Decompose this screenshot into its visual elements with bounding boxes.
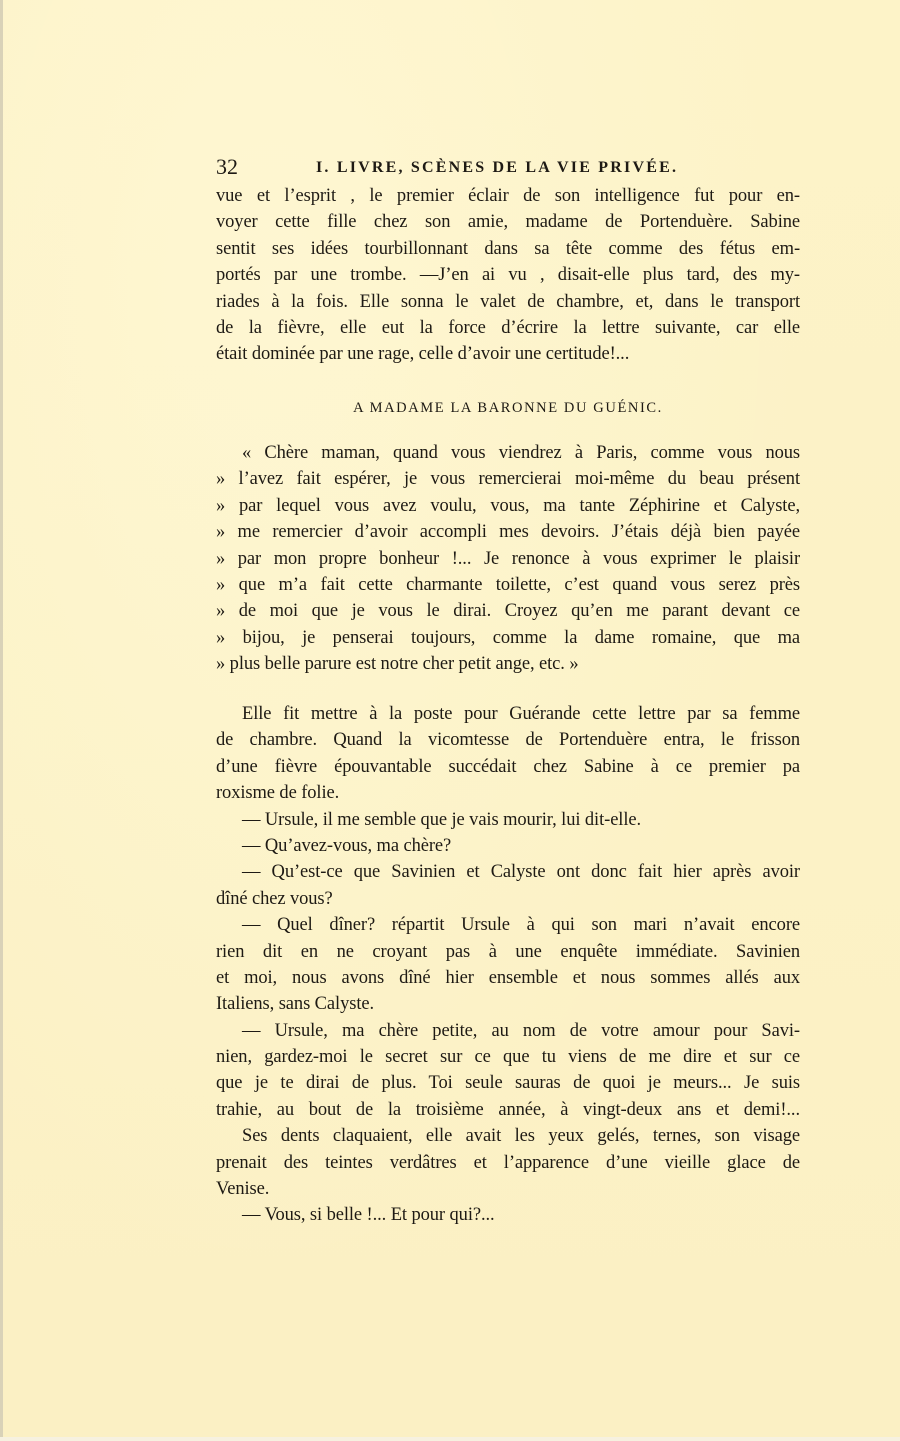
text-line: prenait des teintes verdâtres et l’appar… [216, 1150, 800, 1176]
page-bottom-edge [0, 1437, 900, 1441]
text-line: de la fièvre, elle eut la force d’écrire… [216, 315, 800, 341]
running-head: I. LIVRE, SCÈNES DE LA VIE PRIVÉE. [316, 156, 678, 180]
letter-line: » par lequel vous avez voulu, vous, ma t… [216, 493, 800, 519]
text-line: nien, gardez-moi le secret sur ce que tu… [216, 1044, 800, 1070]
text-line: roxisme de folie. [216, 780, 800, 806]
text-line: portés par une trombe. —J’en ai vu , dis… [216, 262, 800, 288]
letter-line: » bijou, je penserai toujours, comme la … [216, 625, 800, 651]
text-line: et moi, nous avons dîné hier ensemble et… [216, 965, 800, 991]
letter-line: « Chère maman, quand vous viendrez à Par… [216, 440, 800, 466]
page-left-edge [0, 0, 3, 1441]
text-line: vue et l’esprit , le premier éclair de s… [216, 183, 800, 209]
dialogue-line: — Qu’est-ce que Savinien et Calyste ont … [216, 859, 800, 885]
text-line: Italiens, sans Calyste. [216, 991, 800, 1017]
dialogue-line: — Quel dîner? répartit Ursule à qui son … [216, 912, 800, 938]
letter-line: » que m’a fait cette charmante toilette,… [216, 572, 800, 598]
letter-body: « Chère maman, quand vous viendrez à Par… [216, 440, 800, 678]
text-line: voyer cette fille chez son amie, madame … [216, 209, 800, 235]
paragraph-1: vue et l’esprit , le premier éclair de s… [216, 183, 800, 368]
letter-line: » l’avez fait espérer, je vous remercier… [216, 466, 800, 492]
text-line: était dominée par une rage, celle d’avoi… [216, 341, 800, 367]
dialogue-line: — Ursule, ma chère petite, au nom de vot… [216, 1018, 800, 1044]
letter-line: » par mon propre bonheur !... Je renonce… [216, 546, 800, 572]
page-header: 32 I. LIVRE, SCÈNES DE LA VIE PRIVÉE. [216, 154, 800, 180]
letter-heading: A MADAME LA BARONNE DU GUÉNIC. [216, 398, 800, 418]
letter-line: » me remercier d’avoir accompli mes devo… [216, 519, 800, 545]
dialogue-line: — Qu’avez-vous, ma chère? [216, 833, 800, 859]
text-line: trahie, au bout de la troisième année, à… [216, 1097, 800, 1123]
letter-line: » plus belle parure est notre cher petit… [216, 651, 800, 677]
text-line: de chambre. Quand la vicomtesse de Porte… [216, 727, 800, 753]
text-line: que je te dirai de plus. Toi seule saura… [216, 1070, 800, 1096]
page-number: 32 [216, 154, 238, 180]
dialogue-line: — Ursule, il me semble que je vais mouri… [216, 807, 800, 833]
text-line: dîné chez vous? [216, 886, 800, 912]
text-line: sentit ses idées tourbillonnant dans sa … [216, 236, 800, 262]
text-line: Elle fit mettre à la poste pour Guérande… [216, 701, 800, 727]
letter-line: » de moi que je vous le dirai. Croyez qu… [216, 598, 800, 624]
text-line: rien dit en ne croyant pas à une enquête… [216, 939, 800, 965]
paragraph-2: Elle fit mettre à la poste pour Guérande… [216, 701, 800, 1229]
text-line: d’une fièvre épouvantable succédait chez… [216, 754, 800, 780]
text-line: riades à la fois. Elle sonna le valet de… [216, 289, 800, 315]
book-page: 32 I. LIVRE, SCÈNES DE LA VIE PRIVÉE. vu… [0, 0, 900, 1441]
dialogue-line: — Vous, si belle !... Et pour qui?... [216, 1202, 800, 1228]
text-line: Venise. [216, 1176, 800, 1202]
text-line: Ses dents claquaient, elle avait les yeu… [216, 1123, 800, 1149]
